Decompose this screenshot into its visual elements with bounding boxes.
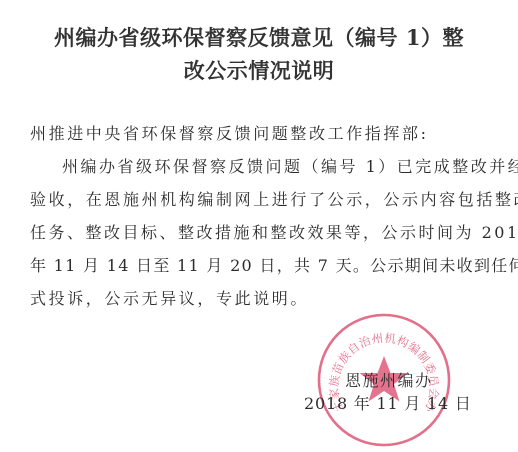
document-title-line-1: 州编办省级环保督察反馈意见（编号 1）整 — [0, 22, 518, 52]
signature-date: 2018 年 11 月 14 日 — [304, 391, 472, 414]
salutation: 州推进中央省环保督察反馈问题整改工作指挥部: — [30, 121, 429, 144]
body-line: 验收，在恩施州机构编制网上进行了公示，公示内容包括整改 — [30, 187, 518, 210]
body-line: 任务、整改目标、整改措施和整改效果等，公示时间为 2018 — [30, 220, 518, 243]
body-line: 州编办省级环保督察反馈问题（编号 1）已完成整改并经 — [62, 154, 518, 177]
document-title-line-2: 改公示情况说明 — [0, 55, 518, 85]
body-line: 式投诉，公示无异议，专此说明。 — [30, 286, 309, 309]
signature-org: 恩施州编办 — [345, 368, 433, 391]
body-line: 年 11 月 14 日至 11 月 20 日，共 7 天。公示期间未收到任何形 — [30, 253, 518, 276]
